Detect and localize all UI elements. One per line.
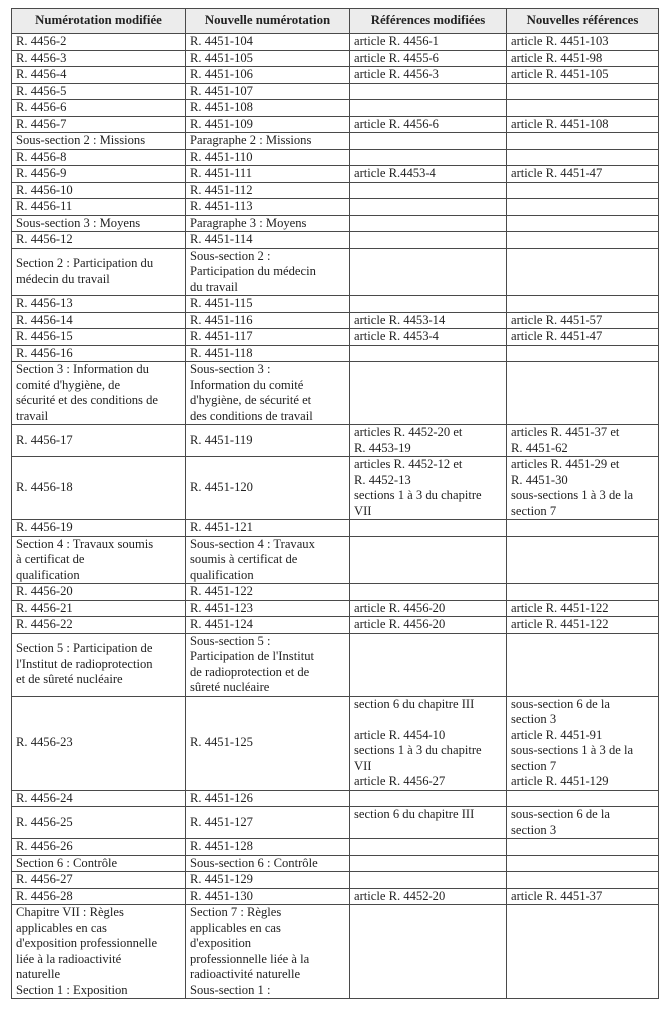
cell-numerotation-modifiee: R. 4456-5 — [12, 83, 186, 100]
cell-nouvelle-numerotation: R. 4451-108 — [186, 100, 350, 117]
cell-references-modifiees — [350, 199, 507, 216]
cell-line: R. 4456-23 — [16, 735, 181, 751]
cell-nouvelles-references: article R. 4451-47 — [507, 166, 659, 183]
cell-references-modifiees — [350, 839, 507, 856]
cell-line: R. 4456-8 — [16, 150, 181, 166]
table-row: R. 4456-15R. 4451-117article R. 4453-4ar… — [12, 329, 659, 346]
cell-nouvelle-numerotation: R. 4451-121 — [186, 520, 350, 537]
cell-line: R. 4453-19 — [354, 441, 502, 457]
cell-line: Sous-section 3 : Moyens — [16, 216, 181, 232]
cell-references-modifiees — [350, 584, 507, 601]
cell-line: article R. 4451-122 — [511, 617, 654, 633]
cell-references-modifiees: article R. 4453-14 — [350, 312, 507, 329]
table-row: R. 4456-3R. 4451-105article R. 4455-6art… — [12, 50, 659, 67]
cell-line: article R. 4451-105 — [511, 67, 654, 83]
cell-line: R. 4456-2 — [16, 34, 181, 50]
cell-nouvelles-references — [507, 100, 659, 117]
cell-line: article R. 4456-1 — [354, 34, 502, 50]
cell-line: radioactivité naturelle — [190, 967, 345, 983]
table-row: R. 4456-9R. 4451-111article R.4453-4arti… — [12, 166, 659, 183]
cell-numerotation-modifiee: R. 4456-18 — [12, 457, 186, 520]
table-row: R. 4456-14R. 4451-116article R. 4453-14a… — [12, 312, 659, 329]
cell-nouvelles-references — [507, 362, 659, 425]
cell-nouvelle-numerotation: R. 4451-110 — [186, 149, 350, 166]
cell-line: R. 4451-127 — [190, 815, 345, 831]
cell-line: médecin du travail — [16, 272, 181, 288]
cell-line: d'exposition — [190, 936, 345, 952]
cell-numerotation-modifiee: R. 4456-8 — [12, 149, 186, 166]
table-row: R. 4456-20R. 4451-122 — [12, 584, 659, 601]
cell-nouvelle-numerotation: R. 4451-107 — [186, 83, 350, 100]
cell-line: R. 4451-112 — [190, 183, 345, 199]
cell-line: R. 4451-129 — [190, 872, 345, 888]
cell-line: Section 1 : Exposition — [16, 983, 181, 999]
cell-numerotation-modifiee: Sous-section 2 : Missions — [12, 133, 186, 150]
cell-references-modifiees: article R.4453-4 — [350, 166, 507, 183]
cell-nouvelle-numerotation: R. 4451-124 — [186, 617, 350, 634]
cell-references-modifiees: section 6 du chapitre III — [350, 807, 507, 839]
cell-references-modifiees — [350, 133, 507, 150]
cell-numerotation-modifiee: Chapitre VII : Règlesapplicables en casd… — [12, 905, 186, 999]
cell-line: article R. 4452-20 — [354, 889, 502, 905]
cell-line: l'Institut de radioprotection — [16, 657, 181, 673]
table-row: R. 4456-24R. 4451-126 — [12, 790, 659, 807]
cell-nouvelles-references — [507, 839, 659, 856]
cell-references-modifiees: article R. 4455-6 — [350, 50, 507, 67]
cell-nouvelles-references — [507, 83, 659, 100]
cell-references-modifiees — [350, 149, 507, 166]
cell-nouvelles-references — [507, 872, 659, 889]
cell-references-modifiees: article R. 4456-6 — [350, 116, 507, 133]
cell-nouvelle-numerotation: R. 4451-116 — [186, 312, 350, 329]
cell-numerotation-modifiee: R. 4456-27 — [12, 872, 186, 889]
cell-line: R. 4456-9 — [16, 166, 181, 182]
table-row: Section 4 : Travaux soumisà certificat d… — [12, 536, 659, 584]
cell-line: R. 4451-125 — [190, 735, 345, 751]
cell-numerotation-modifiee: R. 4456-16 — [12, 345, 186, 362]
cell-nouvelle-numerotation: R. 4451-117 — [186, 329, 350, 346]
correspondence-table: Numérotation modifiée Nouvelle numérotat… — [11, 8, 659, 999]
cell-numerotation-modifiee: R. 4456-13 — [12, 296, 186, 313]
cell-numerotation-modifiee: R. 4456-11 — [12, 199, 186, 216]
cell-references-modifiees — [350, 100, 507, 117]
cell-nouvelle-numerotation: Sous-section 6 : Contrôle — [186, 855, 350, 872]
header-numerotation-modifiee: Numérotation modifiée — [12, 9, 186, 34]
table-row: R. 4456-10R. 4451-112 — [12, 182, 659, 199]
cell-nouvelles-references — [507, 215, 659, 232]
cell-line: R. 4451-114 — [190, 232, 345, 248]
cell-nouvelle-numerotation: R. 4451-109 — [186, 116, 350, 133]
cell-nouvelles-references — [507, 855, 659, 872]
cell-line: section 6 du chapitre III — [354, 697, 502, 713]
cell-line: qualification — [16, 568, 181, 584]
cell-references-modifiees — [350, 790, 507, 807]
cell-numerotation-modifiee: Section 5 : Participation del'Institut d… — [12, 633, 186, 696]
cell-nouvelles-references — [507, 149, 659, 166]
cell-line: R. 4451-130 — [190, 889, 345, 905]
cell-references-modifiees — [350, 520, 507, 537]
cell-line: R. 4451-30 — [511, 473, 654, 489]
cell-line: Information du comité — [190, 378, 345, 394]
cell-nouvelle-numerotation: Sous-section 2 :Participation du médecin… — [186, 248, 350, 296]
table-row: Section 3 : Information ducomité d'hygiè… — [12, 362, 659, 425]
cell-line: R. 4456-27 — [16, 872, 181, 888]
cell-line: R. 4456-7 — [16, 117, 181, 133]
table-row: R. 4456-16R. 4451-118 — [12, 345, 659, 362]
cell-nouvelle-numerotation: R. 4451-123 — [186, 600, 350, 617]
cell-line: soumis à certificat de — [190, 552, 345, 568]
cell-line: Section 2 : Participation du — [16, 256, 181, 272]
cell-line: Sous-section 2 : — [190, 249, 345, 265]
cell-line: Chapitre VII : Règles — [16, 905, 181, 921]
cell-nouvelle-numerotation: R. 4451-120 — [186, 457, 350, 520]
table-row: Chapitre VII : Règlesapplicables en casd… — [12, 905, 659, 999]
cell-line: Sous-section 3 : — [190, 362, 345, 378]
cell-line: Participation du médecin — [190, 264, 345, 280]
cell-references-modifiees — [350, 872, 507, 889]
cell-nouvelle-numerotation: Sous-section 3 :Information du comitéd'h… — [186, 362, 350, 425]
cell-line: sécurité et des conditions de — [16, 393, 181, 409]
header-nouvelle-numerotation: Nouvelle numérotation — [186, 9, 350, 34]
cell-nouvelle-numerotation: R. 4451-127 — [186, 807, 350, 839]
cell-line: R. 4456-14 — [16, 313, 181, 329]
cell-line: R. 4456-11 — [16, 199, 181, 215]
cell-numerotation-modifiee: R. 4456-7 — [12, 116, 186, 133]
cell-line: R. 4451-116 — [190, 313, 345, 329]
cell-line: R. 4456-16 — [16, 346, 181, 362]
cell-line: article R. 4454-10 — [354, 728, 502, 744]
cell-line: article R. 4456-27 — [354, 774, 502, 790]
cell-numerotation-modifiee: R. 4456-6 — [12, 100, 186, 117]
table-row: R. 4456-4R. 4451-106article R. 4456-3art… — [12, 67, 659, 84]
cell-nouvelles-references: sous-section 6 de lasection 3article R. … — [507, 696, 659, 790]
table-row: R. 4456-26R. 4451-128 — [12, 839, 659, 856]
cell-nouvelles-references: article R. 4451-108 — [507, 116, 659, 133]
cell-line: R. 4456-10 — [16, 183, 181, 199]
table-row: R. 4456-6R. 4451-108 — [12, 100, 659, 117]
cell-line: sous-sections 1 à 3 de la — [511, 488, 654, 504]
cell-line: R. 4456-24 — [16, 791, 181, 807]
cell-line: article R. 4451-47 — [511, 166, 654, 182]
cell-references-modifiees — [350, 905, 507, 999]
cell-line: articles R. 4451-37 et — [511, 425, 654, 441]
cell-numerotation-modifiee: R. 4456-12 — [12, 232, 186, 249]
cell-numerotation-modifiee: R. 4456-21 — [12, 600, 186, 617]
cell-line: R. 4456-20 — [16, 584, 181, 600]
cell-numerotation-modifiee: R. 4456-10 — [12, 182, 186, 199]
cell-nouvelles-references — [507, 520, 659, 537]
cell-line: R. 4456-28 — [16, 889, 181, 905]
cell-nouvelles-references: sous-section 6 de lasection 3 — [507, 807, 659, 839]
cell-line: applicables en cas — [16, 921, 181, 937]
table-row: R. 4456-19R. 4451-121 — [12, 520, 659, 537]
cell-nouvelles-references: article R. 4451-37 — [507, 888, 659, 905]
cell-numerotation-modifiee: R. 4456-24 — [12, 790, 186, 807]
cell-numerotation-modifiee: R. 4456-17 — [12, 425, 186, 457]
cell-nouvelle-numerotation: R. 4451-129 — [186, 872, 350, 889]
cell-line: R. 4451-104 — [190, 34, 345, 50]
cell-line: d'hygiène, de sécurité et — [190, 393, 345, 409]
cell-line: R. 4456-13 — [16, 296, 181, 312]
cell-references-modifiees: section 6 du chapitre IIIarticle R. 4454… — [350, 696, 507, 790]
cell-line: R. 4456-19 — [16, 520, 181, 536]
cell-line: naturelle — [16, 967, 181, 983]
cell-line: VII — [354, 504, 502, 520]
cell-nouvelles-references — [507, 345, 659, 362]
cell-line: Section 4 : Travaux soumis — [16, 537, 181, 553]
cell-numerotation-modifiee: Section 2 : Participation dumédecin du t… — [12, 248, 186, 296]
cell-references-modifiees — [350, 536, 507, 584]
table-row: Sous-section 2 : MissionsParagraphe 2 : … — [12, 133, 659, 150]
cell-line: R. 4451-105 — [190, 51, 345, 67]
cell-line: article R. 4451-108 — [511, 117, 654, 133]
cell-line: article R. 4451-98 — [511, 51, 654, 67]
cell-line: Sous-section 6 : Contrôle — [190, 856, 345, 872]
cell-numerotation-modifiee: R. 4456-9 — [12, 166, 186, 183]
cell-line: liée à la radioactivité — [16, 952, 181, 968]
cell-line: R. 4451-110 — [190, 150, 345, 166]
cell-numerotation-modifiee: Section 4 : Travaux soumisà certificat d… — [12, 536, 186, 584]
table-row: R. 4456-13R. 4451-115 — [12, 296, 659, 313]
cell-line: à certificat de — [16, 552, 181, 568]
cell-nouvelle-numerotation: R. 4451-122 — [186, 584, 350, 601]
cell-line: R. 4451-108 — [190, 100, 345, 116]
table-row: Section 2 : Participation dumédecin du t… — [12, 248, 659, 296]
cell-line: qualification — [190, 568, 345, 584]
cell-references-modifiees — [350, 182, 507, 199]
table-row: Section 6 : ContrôleSous-section 6 : Con… — [12, 855, 659, 872]
table-row: R. 4456-28R. 4451-130article R. 4452-20a… — [12, 888, 659, 905]
cell-line: article R. 4451-57 — [511, 313, 654, 329]
table-row: R. 4456-25R. 4451-127section 6 du chapit… — [12, 807, 659, 839]
cell-line: Sous-section 2 : Missions — [16, 133, 181, 149]
cell-references-modifiees: article R. 4456-1 — [350, 34, 507, 51]
table-row: R. 4456-11R. 4451-113 — [12, 199, 659, 216]
cell-references-modifiees: article R. 4456-20 — [350, 617, 507, 634]
cell-line: articles R. 4452-20 et — [354, 425, 502, 441]
cell-line: R. 4451-111 — [190, 166, 345, 182]
table-row: Section 5 : Participation del'Institut d… — [12, 633, 659, 696]
cell-numerotation-modifiee: Section 6 : Contrôle — [12, 855, 186, 872]
cell-line: R. 4451-62 — [511, 441, 654, 457]
cell-line: R. 4451-124 — [190, 617, 345, 633]
cell-line: comité d'hygiène, de — [16, 378, 181, 394]
cell-nouvelles-references: article R. 4451-103 — [507, 34, 659, 51]
cell-nouvelles-references — [507, 584, 659, 601]
cell-line: section 6 du chapitre III — [354, 807, 502, 823]
cell-line: sous-section 6 de la — [511, 697, 654, 713]
cell-nouvelles-references: article R. 4451-57 — [507, 312, 659, 329]
cell-line: article R. 4453-4 — [354, 329, 502, 345]
cell-line: Sous-section 5 : — [190, 634, 345, 650]
cell-line: R. 4451-117 — [190, 329, 345, 345]
cell-nouvelle-numerotation: R. 4451-128 — [186, 839, 350, 856]
cell-line: article R. 4451-37 — [511, 889, 654, 905]
table-row: R. 4456-27R. 4451-129 — [12, 872, 659, 889]
cell-nouvelle-numerotation: R. 4451-105 — [186, 50, 350, 67]
cell-line: R. 4456-15 — [16, 329, 181, 345]
cell-references-modifiees — [350, 215, 507, 232]
cell-line: R. 4456-22 — [16, 617, 181, 633]
cell-line: des conditions de travail — [190, 409, 345, 425]
table-row: R. 4456-18R. 4451-120articles R. 4452-12… — [12, 457, 659, 520]
cell-numerotation-modifiee: R. 4456-20 — [12, 584, 186, 601]
table-row: Sous-section 3 : MoyensParagraphe 3 : Mo… — [12, 215, 659, 232]
cell-line: et de sûreté nucléaire — [16, 672, 181, 688]
cell-line: article R. 4456-20 — [354, 617, 502, 633]
cell-numerotation-modifiee: Section 3 : Information ducomité d'hygiè… — [12, 362, 186, 425]
cell-nouvelles-references — [507, 199, 659, 216]
cell-line: article R. 4453-14 — [354, 313, 502, 329]
cell-nouvelles-references: article R. 4451-122 — [507, 617, 659, 634]
table-header-row: Numérotation modifiée Nouvelle numérotat… — [12, 9, 659, 34]
table-row: R. 4456-5R. 4451-107 — [12, 83, 659, 100]
table-row: R. 4456-23R. 4451-125section 6 du chapit… — [12, 696, 659, 790]
cell-numerotation-modifiee: R. 4456-22 — [12, 617, 186, 634]
cell-line: article R. 4456-20 — [354, 601, 502, 617]
cell-line: sous-section 6 de la — [511, 807, 654, 823]
cell-line: R. 4451-109 — [190, 117, 345, 133]
cell-line: sous-sections 1 à 3 de la — [511, 743, 654, 759]
cell-nouvelles-references — [507, 536, 659, 584]
cell-references-modifiees: article R. 4452-20 — [350, 888, 507, 905]
cell-nouvelle-numerotation: R. 4451-111 — [186, 166, 350, 183]
cell-nouvelles-references — [507, 232, 659, 249]
cell-line: Sous-section 1 : — [190, 983, 345, 999]
cell-references-modifiees — [350, 83, 507, 100]
cell-line: R. 4451-128 — [190, 839, 345, 855]
table-row: R. 4456-2R. 4451-104article R. 4456-1art… — [12, 34, 659, 51]
cell-numerotation-modifiee: R. 4456-26 — [12, 839, 186, 856]
cell-nouvelle-numerotation: R. 4451-114 — [186, 232, 350, 249]
cell-nouvelles-references: article R. 4451-122 — [507, 600, 659, 617]
table-row: R. 4456-7R. 4451-109article R. 4456-6art… — [12, 116, 659, 133]
cell-line: article R. 4456-6 — [354, 117, 502, 133]
cell-line: professionnelle liée à la — [190, 952, 345, 968]
cell-line: R. 4456-12 — [16, 232, 181, 248]
cell-line: R. 4456-26 — [16, 839, 181, 855]
cell-line: applicables en cas — [190, 921, 345, 937]
cell-references-modifiees — [350, 345, 507, 362]
cell-line: Section 7 : Règles — [190, 905, 345, 921]
cell-numerotation-modifiee: R. 4456-19 — [12, 520, 186, 537]
cell-line: R. 4456-25 — [16, 815, 181, 831]
cell-nouvelles-references — [507, 133, 659, 150]
cell-references-modifiees — [350, 248, 507, 296]
cell-line: Section 3 : Information du — [16, 362, 181, 378]
cell-numerotation-modifiee: R. 4456-3 — [12, 50, 186, 67]
cell-line: section 3 — [511, 712, 654, 728]
cell-nouvelle-numerotation: R. 4451-113 — [186, 199, 350, 216]
cell-line: Paragraphe 3 : Moyens — [190, 216, 345, 232]
cell-line: R. 4451-118 — [190, 346, 345, 362]
cell-nouvelles-references: articles R. 4451-37 etR. 4451-62 — [507, 425, 659, 457]
cell-line: article R. 4451-47 — [511, 329, 654, 345]
cell-references-modifiees: articles R. 4452-12 etR. 4452-13sections… — [350, 457, 507, 520]
cell-nouvelle-numerotation: Paragraphe 3 : Moyens — [186, 215, 350, 232]
cell-nouvelle-numerotation: R. 4451-130 — [186, 888, 350, 905]
cell-line: R. 4451-119 — [190, 433, 345, 449]
cell-nouvelles-references: article R. 4451-98 — [507, 50, 659, 67]
cell-nouvelle-numerotation: R. 4451-106 — [186, 67, 350, 84]
cell-line: R. 4456-6 — [16, 100, 181, 116]
cell-numerotation-modifiee: Sous-section 3 : Moyens — [12, 215, 186, 232]
cell-references-modifiees — [350, 296, 507, 313]
cell-references-modifiees — [350, 362, 507, 425]
cell-nouvelle-numerotation: Sous-section 5 :Participation de l'Insti… — [186, 633, 350, 696]
table-body: R. 4456-2R. 4451-104article R. 4456-1art… — [12, 34, 659, 999]
cell-nouvelle-numerotation: R. 4451-126 — [186, 790, 350, 807]
cell-line: article R.4453-4 — [354, 166, 502, 182]
cell-line: Participation de l'Institut — [190, 649, 345, 665]
cell-line: article R. 4451-91 — [511, 728, 654, 744]
cell-nouvelle-numerotation: R. 4451-112 — [186, 182, 350, 199]
table-row: R. 4456-17R. 4451-119articles R. 4452-20… — [12, 425, 659, 457]
cell-line: R. 4451-113 — [190, 199, 345, 215]
cell-line: article R. 4455-6 — [354, 51, 502, 67]
cell-line: article R. 4451-129 — [511, 774, 654, 790]
cell-references-modifiees — [350, 855, 507, 872]
cell-numerotation-modifiee: R. 4456-25 — [12, 807, 186, 839]
cell-line — [354, 712, 502, 728]
cell-line: R. 4456-3 — [16, 51, 181, 67]
cell-line: R. 4451-121 — [190, 520, 345, 536]
cell-line: R. 4451-107 — [190, 84, 345, 100]
cell-nouvelle-numerotation: R. 4451-118 — [186, 345, 350, 362]
cell-references-modifiees — [350, 232, 507, 249]
cell-line: sûreté nucléaire — [190, 680, 345, 696]
cell-line: sections 1 à 3 du chapitre — [354, 743, 502, 759]
cell-numerotation-modifiee: R. 4456-15 — [12, 329, 186, 346]
cell-line: R. 4456-17 — [16, 433, 181, 449]
cell-nouvelle-numerotation: Paragraphe 2 : Missions — [186, 133, 350, 150]
cell-nouvelle-numerotation: R. 4451-115 — [186, 296, 350, 313]
cell-nouvelles-references: articles R. 4451-29 etR. 4451-30sous-sec… — [507, 457, 659, 520]
cell-line: Section 5 : Participation de — [16, 641, 181, 657]
cell-numerotation-modifiee: R. 4456-28 — [12, 888, 186, 905]
header-nouvelles-references: Nouvelles références — [507, 9, 659, 34]
cell-line: section 7 — [511, 504, 654, 520]
cell-references-modifiees: articles R. 4452-20 etR. 4453-19 — [350, 425, 507, 457]
cell-line: section 3 — [511, 823, 654, 839]
cell-nouvelles-references — [507, 905, 659, 999]
cell-line: sections 1 à 3 du chapitre — [354, 488, 502, 504]
cell-references-modifiees: article R. 4453-4 — [350, 329, 507, 346]
cell-nouvelle-numerotation: R. 4451-119 — [186, 425, 350, 457]
cell-line: Paragraphe 2 : Missions — [190, 133, 345, 149]
cell-line: R. 4456-4 — [16, 67, 181, 83]
cell-line: R. 4451-126 — [190, 791, 345, 807]
cell-line: R. 4451-120 — [190, 480, 345, 496]
cell-numerotation-modifiee: R. 4456-23 — [12, 696, 186, 790]
cell-line: du travail — [190, 280, 345, 296]
cell-nouvelles-references — [507, 248, 659, 296]
cell-line: Section 6 : Contrôle — [16, 856, 181, 872]
cell-line: R. 4451-115 — [190, 296, 345, 312]
cell-nouvelle-numerotation: R. 4451-104 — [186, 34, 350, 51]
cell-line: article R. 4451-103 — [511, 34, 654, 50]
cell-line: travail — [16, 409, 181, 425]
cell-line: R. 4452-13 — [354, 473, 502, 489]
cell-line: R. 4456-18 — [16, 480, 181, 496]
cell-line: section 7 — [511, 759, 654, 775]
cell-line: Sous-section 4 : Travaux — [190, 537, 345, 553]
cell-line: d'exposition professionnelle — [16, 936, 181, 952]
cell-line: VII — [354, 759, 502, 775]
table-row: R. 4456-12R. 4451-114 — [12, 232, 659, 249]
cell-nouvelle-numerotation: Section 7 : Règlesapplicables en casd'ex… — [186, 905, 350, 999]
cell-line: de radioprotection et de — [190, 665, 345, 681]
